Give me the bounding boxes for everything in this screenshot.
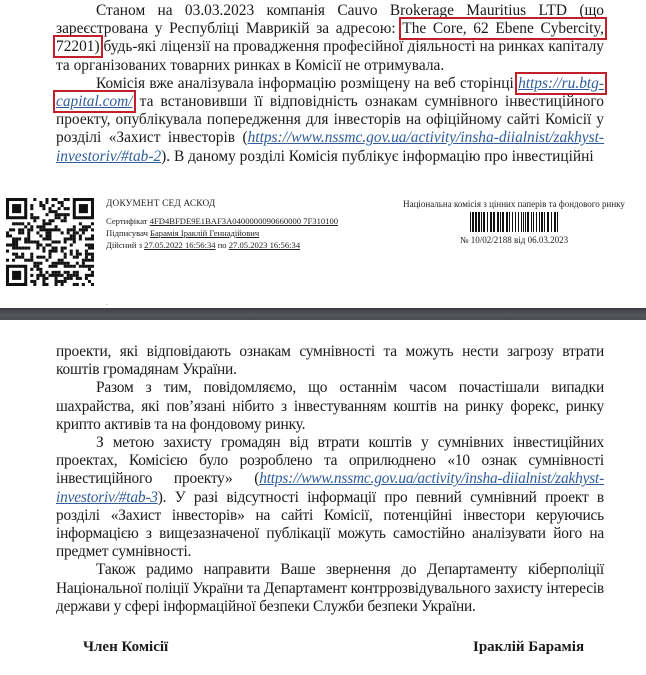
link-btg-capital-part1[interactable]: https://ru.btg- (518, 75, 604, 92)
qr-code-icon (6, 198, 94, 286)
barcode-icon (470, 212, 558, 232)
stamp-signer: Підписувач Барамія Іраклій Геннадійович (106, 227, 338, 239)
signature-name: Іраклій Барамія (473, 639, 584, 656)
link-btg-capital-part2[interactable]: capital.com/ (56, 93, 133, 110)
registration-block: Національна комісія з цінних паперів та … (388, 198, 640, 246)
registration-org: Національна комісія з цінних паперів та … (388, 198, 640, 210)
paragraph-license-status: Станом на 03.03.2023 компанія Cauvo Brok… (56, 2, 604, 75)
signature-position: Член Комісії (83, 639, 168, 656)
stamp-validity: Дійсний з 27.05.2022 16:56:34 по 27.05.2… (106, 239, 338, 251)
document-page-2: проекти, які відповідають ознакам сумнів… (0, 320, 646, 675)
stamp-certificate: Сертифікат 4FD4BFDE9E1BAF3A0400000090660… (106, 215, 338, 227)
paragraph-10-signs: З метою захисту громадян від втрати кошт… (56, 434, 604, 561)
paragraph-continuation: проекти, які відповідають ознакам сумнів… (56, 343, 604, 379)
page-mark: . (106, 298, 108, 307)
stamp-title: ДОКУМЕНТ СЕД АСКОД (106, 198, 338, 210)
document-page-1: Станом на 03.03.2023 компанія Cauvo Brok… (0, 0, 646, 308)
registration-number: № 10/02/2188 від 06.03.2023 (388, 234, 640, 246)
digital-signature-stamp: ДОКУМЕНТ СЕД АСКОД Сертифікат 4FD4BFDE9E… (106, 198, 338, 251)
page2-body: проекти, які відповідають ознакам сумнів… (56, 343, 604, 616)
page1-body: Станом на 03.03.2023 компанія Cauvo Brok… (56, 2, 604, 166)
paragraph-fraud-warning: Разом з тим, повідомляємо, що останнім ч… (56, 379, 604, 434)
paragraph-cyberpolice-advice: Також радимо направити Ваше звернення до… (56, 561, 604, 616)
page-separator (0, 308, 646, 320)
paragraph-website-analysis: Комісія вже аналізувала інформацію розмі… (56, 75, 604, 166)
